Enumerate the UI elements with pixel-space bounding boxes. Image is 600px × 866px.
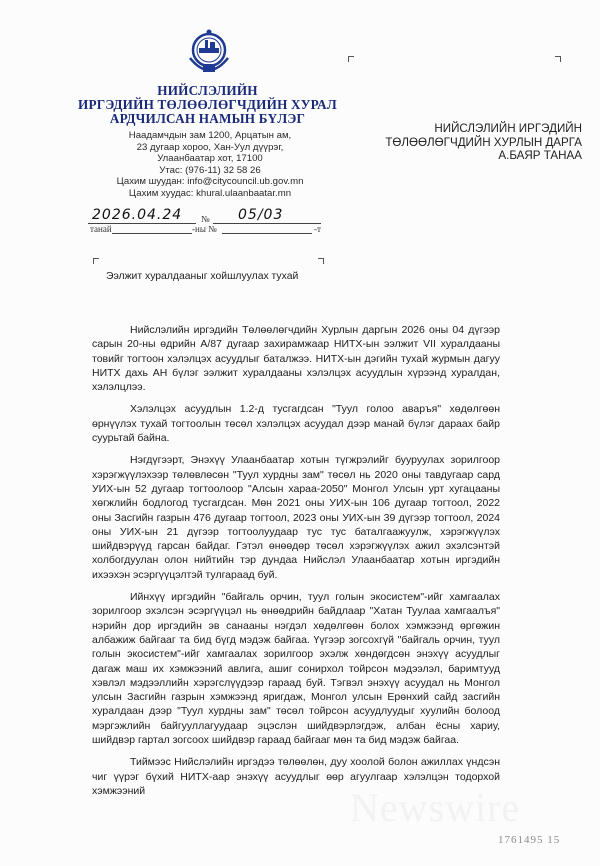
corner-mark xyxy=(555,56,561,62)
letter-number: 05/03 xyxy=(238,207,283,223)
number-label: № xyxy=(201,214,210,224)
your-ref-label: танай xyxy=(90,224,112,234)
your-ref-line xyxy=(112,233,192,234)
email-line: Цахим шуудан: info@citycouncil.ub.gov.mn xyxy=(60,176,360,188)
body-paragraph: Ийнхүү иргэдийн "байгаль орчин, туул гол… xyxy=(92,590,500,747)
document-stamp-number: 1761495 15 xyxy=(498,834,560,846)
body-paragraph: Нийслэлийн иргэдийн Төлөөлөгчдийн Хурлын… xyxy=(92,323,500,394)
organization-address: Наадамчдын зам 1200, Арцатын ам, 23 дуга… xyxy=(60,130,360,200)
number-line xyxy=(213,223,321,224)
address-line: Улаанбаатар хот, 17100 xyxy=(60,153,360,165)
recipient-block: НИЙСЛЭЛИЙН ИРГЭДИЙН ТӨЛӨӨЛӨГЧДИЙН ХУРЛЫН… xyxy=(360,122,582,163)
watermark: Newswire xyxy=(350,784,520,831)
your-ref-end: -т xyxy=(314,224,321,234)
corner-mark xyxy=(348,56,354,62)
org-line: ИРГЭДИЙН ТӨЛӨӨЛӨГЧДИЙН ХУРАЛ xyxy=(60,98,355,112)
phone-line: Утас: (976-11) 32 58 26 xyxy=(60,165,360,177)
organization-name: НИЙСЛЭЛИЙН ИРГЭДИЙН ТӨЛӨӨЛӨГЧДИЙН ХУРАЛ … xyxy=(60,84,355,126)
address-line: 23 дугаар хороо, Хан-Уул дүүрэг, xyxy=(60,142,360,154)
letter-date: 2026.04.24 xyxy=(92,207,182,223)
corner-mark xyxy=(318,258,324,264)
your-number-line xyxy=(222,233,312,234)
recipient-line: ТӨЛӨӨЛӨГЧДИЙН ХУРЛЫН ДАРГА xyxy=(360,136,582,150)
letter-page: НИЙСЛЭЛИЙН ИРГЭДИЙН ТӨЛӨӨЛӨГЧДИЙН ХУРАЛ … xyxy=(0,0,600,866)
recipient-name: А.БАЯР ТАНАА xyxy=(360,149,582,163)
website-line: Цахим хуудас: khural.ulaanbaatar.mn xyxy=(60,188,360,200)
soyombo-emblem-icon xyxy=(182,28,236,80)
your-ref-suffix: -ны № xyxy=(192,224,217,234)
letter-subject: Ээлжит хуралдааныг хойшлуулах тухай xyxy=(106,271,298,282)
recipient-line: НИЙСЛЭЛИЙН ИРГЭДИЙН xyxy=(360,122,582,136)
letter-body: Нийслэлийн иргэдийн Төлөөлөгчдийн Хурлын… xyxy=(92,323,500,806)
corner-mark xyxy=(93,258,99,264)
body-paragraph: Нэгдүгээрт, Энэхүү Улаанбаатар хотын түг… xyxy=(92,453,500,582)
org-line: АРДЧИЛСАН НАМЫН БҮЛЭГ xyxy=(60,112,355,126)
body-paragraph: Хэлэлцэх асуудлын 1.2-д тусгагдсан "Туул… xyxy=(92,402,500,445)
org-line: НИЙСЛЭЛИЙН xyxy=(60,84,355,98)
address-line: Наадамчдын зам 1200, Арцатын ам, xyxy=(60,130,360,142)
